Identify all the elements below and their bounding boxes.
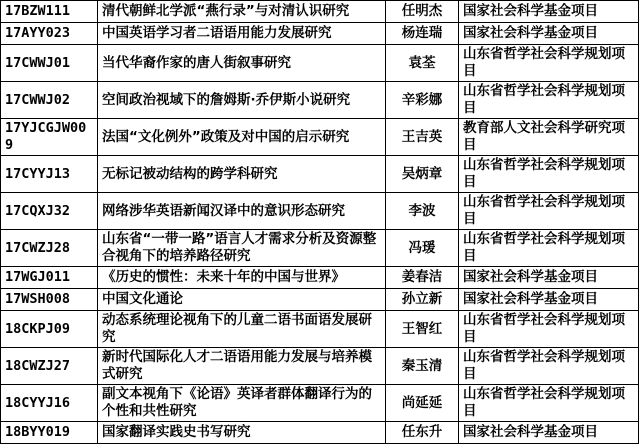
- project-title-cell: 空间政治视域下的詹姆斯·乔伊斯小说研究: [98, 82, 386, 119]
- person-name-cell: 王智红: [386, 311, 459, 348]
- table-row: 17CWWJ02空间政治视域下的詹姆斯·乔伊斯小说研究辛彩娜山东省哲学社会科学规…: [1, 82, 639, 119]
- project-title-cell: 副文本视角下《论语》英译者群体翻译行为的个性和共性研究: [98, 385, 386, 422]
- table-row: 17AYY023中国英语学习者二语语用能力发展研究杨连瑞国家社会科学基金项目: [1, 23, 639, 45]
- project-title-cell: 网络涉华英语新闻汉译中的意识形态研究: [98, 193, 386, 230]
- table-row: 18CWZJ27新时代国际化人才二语语用能力发展与培养模式研究秦玉清山东省哲学社…: [1, 348, 639, 385]
- project-id-cell: 18CYYJ16: [1, 385, 98, 422]
- person-name-cell: 任明杰: [386, 1, 459, 23]
- project-title-cell: 中国文化通论: [98, 289, 386, 311]
- project-title-cell: 《历史的惯性：未来十年的中国与世界》: [98, 267, 386, 289]
- project-title-cell: 中国英语学习者二语语用能力发展研究: [98, 23, 386, 45]
- projects-table: 17BZW111清代朝鲜北学派“燕行录”与对清认识研究任明杰国家社会科学基金项目…: [0, 0, 639, 444]
- project-id-cell: 18BYY019: [1, 422, 98, 444]
- project-id-cell: 17BZW111: [1, 1, 98, 23]
- project-type-cell: 山东省哲学社会科学规划项目: [459, 45, 639, 82]
- project-type-cell: 国家社会科学基金项目: [459, 289, 639, 311]
- project-title-cell: 法国“文化例外”政策及对中国的启示研究: [98, 119, 386, 156]
- person-name-cell: 尚延延: [386, 385, 459, 422]
- table-row: 18BYY019国家翻译实践史书写研究任东升国家社会科学基金项目: [1, 422, 639, 444]
- table-row: 17CYYJ13无标记被动结构的跨学科研究吴炳章山东省哲学社会科学规划项目: [1, 156, 639, 193]
- project-type-cell: 国家社会科学基金项目: [459, 1, 639, 23]
- table-row: 18CKPJ09动态系统理论视角下的儿童二语书面语发展研究王智红山东省哲学社会科…: [1, 311, 639, 348]
- project-type-cell: 山东省哲学社会科学规划项目: [459, 230, 639, 267]
- table-row: 17BZW111清代朝鲜北学派“燕行录”与对清认识研究任明杰国家社会科学基金项目: [1, 1, 639, 23]
- person-name-cell: 吴炳章: [386, 156, 459, 193]
- project-title-cell: 动态系统理论视角下的儿童二语书面语发展研究: [98, 311, 386, 348]
- table-row: 17YJCGJW009法国“文化例外”政策及对中国的启示研究王吉英教育部人文社会…: [1, 119, 639, 156]
- project-title-cell: 国家翻译实践史书写研究: [98, 422, 386, 444]
- person-name-cell: 辛彩娜: [386, 82, 459, 119]
- project-type-cell: 山东省哲学社会科学规划项目: [459, 385, 639, 422]
- project-id-cell: 17AYY023: [1, 23, 98, 45]
- project-id-cell: 18CWZJ27: [1, 348, 98, 385]
- table-row: 17CWZJ28山东省“一带一路”语言人才需求分析及资源整合视角下的培养路径研究…: [1, 230, 639, 267]
- project-type-cell: 国家社会科学基金项目: [459, 422, 639, 444]
- project-id-cell: 17CYYJ13: [1, 156, 98, 193]
- project-id-cell: 17CQXJ32: [1, 193, 98, 230]
- project-id-cell: 18CKPJ09: [1, 311, 98, 348]
- project-type-cell: 山东省哲学社会科学规划项目: [459, 82, 639, 119]
- table-row: 17CQXJ32网络涉华英语新闻汉译中的意识形态研究李波山东省哲学社会科学规划项…: [1, 193, 639, 230]
- project-type-cell: 山东省哲学社会科学规划项目: [459, 311, 639, 348]
- person-name-cell: 秦玉清: [386, 348, 459, 385]
- person-name-cell: 杨连瑞: [386, 23, 459, 45]
- person-name-cell: 孙立新: [386, 289, 459, 311]
- person-name-cell: 任东升: [386, 422, 459, 444]
- table-row: 17CWWJ01当代华裔作家的唐人街叙事研究袁荃山东省哲学社会科学规划项目: [1, 45, 639, 82]
- table-row: 18CYYJ16副文本视角下《论语》英译者群体翻译行为的个性和共性研究尚延延山东…: [1, 385, 639, 422]
- project-type-cell: 国家社会科学基金项目: [459, 23, 639, 45]
- project-id-cell: 17WGJ011: [1, 267, 98, 289]
- person-name-cell: 王吉英: [386, 119, 459, 156]
- project-id-cell: 17WSH008: [1, 289, 98, 311]
- person-name-cell: 袁荃: [386, 45, 459, 82]
- project-type-cell: 教育部人文社会科学研究项目: [459, 119, 639, 156]
- project-type-cell: 山东省哲学社会科学规划项目: [459, 348, 639, 385]
- project-id-cell: 17CWZJ28: [1, 230, 98, 267]
- project-id-cell: 17YJCGJW009: [1, 119, 98, 156]
- person-name-cell: 李波: [386, 193, 459, 230]
- project-type-cell: 山东省哲学社会科学规划项目: [459, 156, 639, 193]
- project-type-cell: 国家社会科学基金项目: [459, 267, 639, 289]
- person-name-cell: 姜春洁: [386, 267, 459, 289]
- project-title-cell: 当代华裔作家的唐人街叙事研究: [98, 45, 386, 82]
- project-title-cell: 新时代国际化人才二语语用能力发展与培养模式研究: [98, 348, 386, 385]
- project-id-cell: 17CWWJ02: [1, 82, 98, 119]
- table-row: 17WGJ011《历史的惯性：未来十年的中国与世界》姜春洁国家社会科学基金项目: [1, 267, 639, 289]
- project-type-cell: 山东省哲学社会科学规划项目: [459, 193, 639, 230]
- person-name-cell: 冯瑗: [386, 230, 459, 267]
- project-id-cell: 17CWWJ01: [1, 45, 98, 82]
- project-title-cell: 清代朝鲜北学派“燕行录”与对清认识研究: [98, 1, 386, 23]
- project-title-cell: 山东省“一带一路”语言人才需求分析及资源整合视角下的培养路径研究: [98, 230, 386, 267]
- table-row: 17WSH008中国文化通论孙立新国家社会科学基金项目: [1, 289, 639, 311]
- project-title-cell: 无标记被动结构的跨学科研究: [98, 156, 386, 193]
- table-body: 17BZW111清代朝鲜北学派“燕行录”与对清认识研究任明杰国家社会科学基金项目…: [1, 1, 639, 444]
